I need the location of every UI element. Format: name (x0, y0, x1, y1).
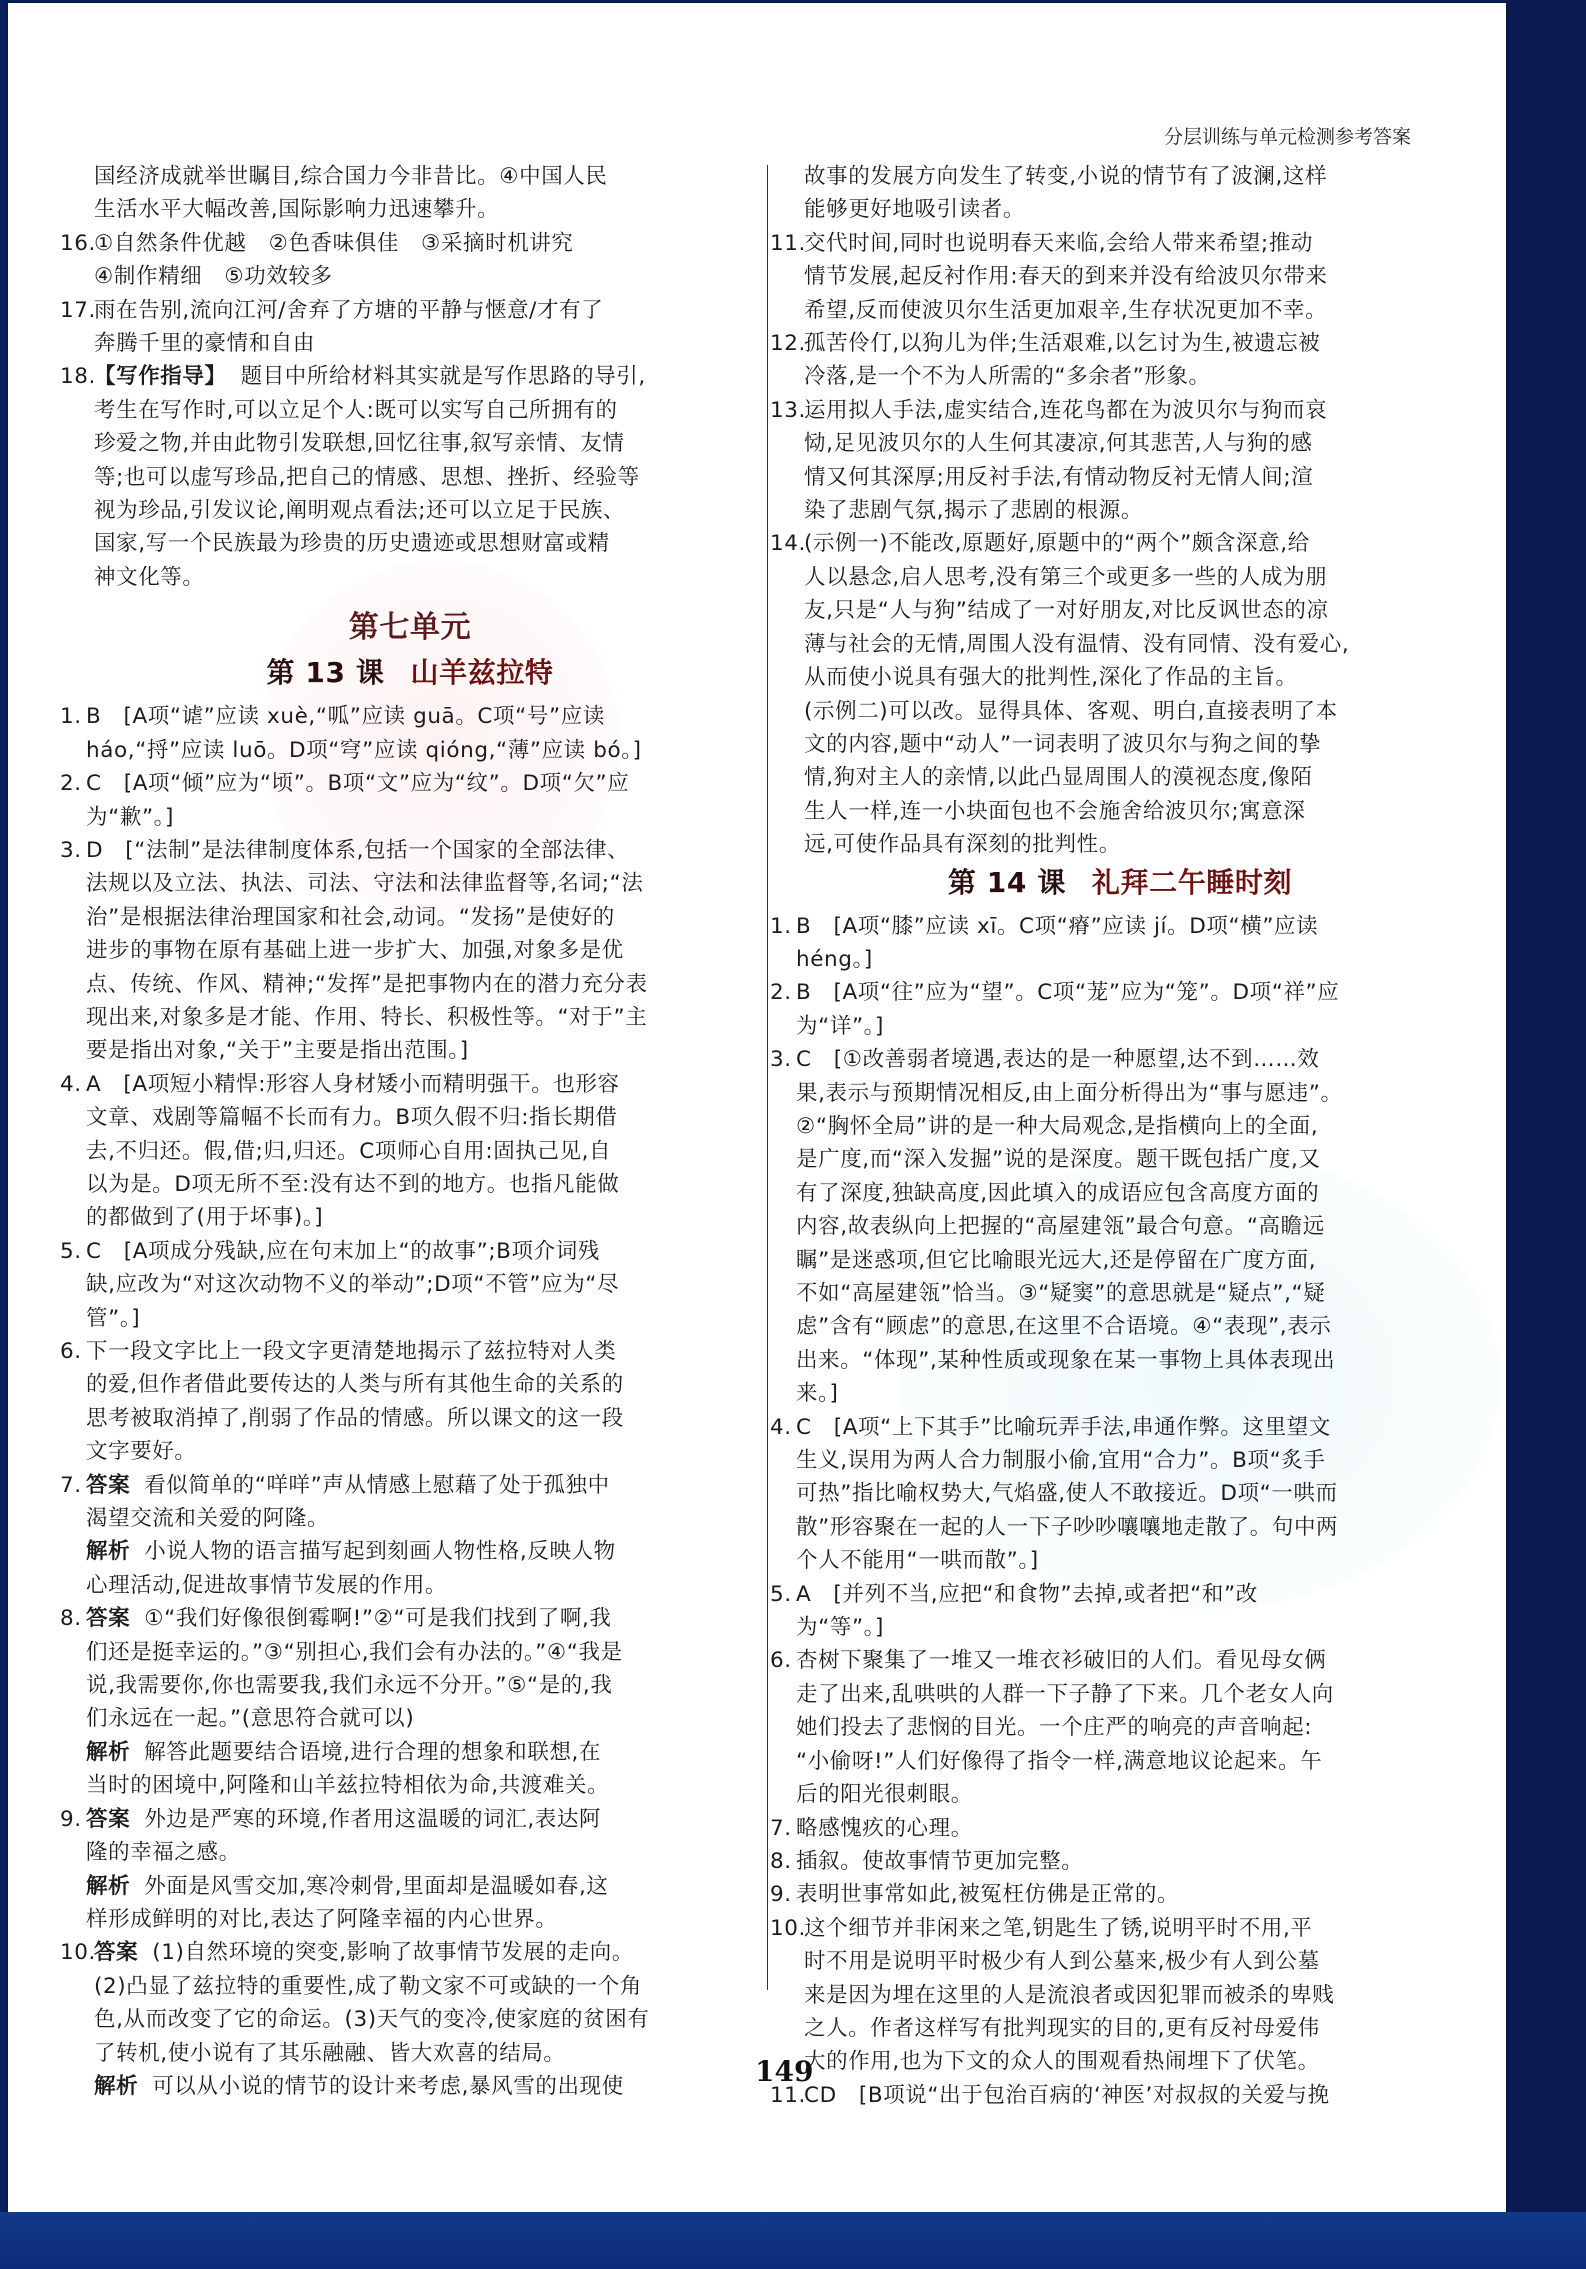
analysis-line: 心理活动,促进故事情节发展的作用。 (60, 1569, 720, 1602)
lesson-13-title: 第 13 课山羊兹拉特 (60, 654, 720, 692)
answer-item: 9.表明世事常如此,被冤枉仿佛是正常的。 (770, 1878, 1430, 1911)
answer-line: 4.C [A项“上下其手”比喻玩弄手法,串通作弊。这里望文 (770, 1411, 1430, 1444)
answer-line: 色,从而改变了它的命运。(3)天气的变冷,使家庭的贫困有 (60, 2003, 720, 2036)
answer-item: 1.B [A项“膝”应读 xī。C项“瘠”应读 jí。D项“横”应读héng。] (770, 910, 1430, 977)
answer-line: 7.略感愧疚的心理。 (770, 1812, 1430, 1845)
answer-line: 果,表示与预期情况相反,由上面分析得出为“事与愿违”。 (770, 1077, 1430, 1110)
answer-line: 情又何其深厚;用反衬手法,有情动物反衬无情人间;渲 (770, 461, 1430, 494)
answer-line: 9.表明世事常如此,被冤枉仿佛是正常的。 (770, 1878, 1430, 1911)
continued-text: 国经济成就举世瞩目,综合国力今非昔比。④中国人民 (60, 160, 720, 193)
analysis-line: 当时的困境中,阿隆和山羊兹拉特相依为命,共渡难关。 (60, 1769, 720, 1802)
answer-item: 3.D [“法制”是法律制度体系,包括一个国家的全部法律、法规以及立法、执法、司… (60, 834, 720, 1068)
answer-line: 为“详”。] (770, 1010, 1430, 1043)
answer-line: 希望,反而使波贝尔生活更加艰辛,生存状况更加不幸。 (770, 294, 1430, 327)
answer-line: 为“歉”。] (60, 801, 720, 834)
continued-text: 生活水平大幅改善,国际影响力迅速攀升。 (60, 193, 720, 226)
answer-line: héng。] (770, 943, 1430, 976)
answer-line: 来。] (770, 1377, 1430, 1410)
analysis-tag: 解析 (94, 2074, 138, 2099)
answer-line: 染了悲剧气氛,揭示了悲剧的根源。 (770, 494, 1430, 527)
answer-line: 友,只是“人与狗”结成了一对好朋友,对比反讽世态的凉 (770, 594, 1430, 627)
answer-line: 7.答案看似简单的“咩咩”声从情感上慰藉了处于孤独中 (60, 1469, 720, 1502)
answer-number: 6. (60, 1335, 82, 1368)
analysis-line: 解析外面是风雪交加,寒冷刺骨,里面却是温暖如春,这 (60, 1870, 720, 1903)
answer-line: 大的作用,也为下文的众人的围观看热闹埋下了伏笔。 (770, 2045, 1430, 2078)
answer-line: 出来。“体现”,某种性质或现象在某一事物上具体表现出 (770, 1344, 1430, 1377)
scan-background-right (1506, 0, 1586, 2269)
lesson-label: 第 13 课 (266, 656, 384, 689)
answer-tag: 答案 (94, 1940, 138, 1965)
answer-line: 现出来,对象多是才能、作用、特长、积极性等。“对于”主 (60, 1001, 720, 1034)
answer-item: 8.答案①“我们好像很倒霉啊!”②“可是我们找到了啊,我们还是挺幸运的。”③“别… (60, 1602, 720, 1802)
answer-line: 之人。作者这样写有批判现实的目的,更有反衬母爱伟 (770, 2012, 1430, 2045)
answer-line: 文章、戏剧等篇幅不长而有力。B项久假不归:指长期借 (60, 1101, 720, 1134)
lesson-name: 礼拜二午睡时刻 (1092, 866, 1292, 899)
answer-number: 3. (60, 834, 82, 867)
answer-number: 2. (770, 976, 792, 1009)
analysis-line: 解析解答此题要结合语境,进行合理的想象和联想,在 (60, 1736, 720, 1769)
answer-line: 缺,应改为“对这次动物不义的举动”;D项“不管”应为“尽 (60, 1268, 720, 1301)
answer-line: 4.A [A项短小精悍:形容人身材矮小而精明强干。也形容 (60, 1068, 720, 1101)
answer-item: 4.C [A项“上下其手”比喻玩弄手法,串通作弊。这里望文生义,误用为两人合力制… (770, 1411, 1430, 1578)
answer-line: 后的阳光很刺眼。 (770, 1778, 1430, 1811)
analysis-tag: 解析 (86, 1874, 130, 1899)
answer-line: 是广度,而“深入发掘”说的是深度。题干既包括广度,又 (770, 1143, 1430, 1176)
answer-line: 隆的幸福之感。 (60, 1836, 720, 1869)
answer-item: 2.B [A项“往”应为“望”。C项“茏”应为“笼”。D项“祥”应为“详”。] (770, 976, 1430, 1043)
answer-number: 2. (60, 767, 82, 800)
answer-line: 12.孤苦伶仃,以狗儿为伴;生活艰难,以乞讨为生,被遗忘被 (770, 327, 1430, 360)
answer-line: 冷落,是一个不为人所需的“多余者”形象。 (770, 360, 1430, 393)
answer-item: 9.答案外边是严寒的环境,作者用这温暖的词汇,表达阿隆的幸福之感。解析外面是风雪… (60, 1803, 720, 1937)
right-column: 故事的发展方向发生了转变,小说的情节有了波澜,这样能够更好地吸引读者。11.交代… (770, 160, 1430, 2112)
answer-line: 2.C [A项“倾”应为“顷”。B项“文”应为“纹”。D项“欠”应 (60, 767, 720, 800)
answer-item: 10.这个细节并非闲来之笔,钥匙生了锈,说明平时不用,平时不用是说明平时极少有人… (770, 1912, 1430, 2079)
answer-line: 3.D [“法制”是法律制度体系,包括一个国家的全部法律、 (60, 834, 720, 867)
answer-line: 5.C [A项成分残缺,应在句末加上“的故事”;B项介词残 (60, 1235, 720, 1268)
analysis-line: 样形成鲜明的对比,表达了阿隆幸福的内心世界。 (60, 1903, 720, 1936)
answer-line: 薄与社会的无情,周围人没有温情、没有同情、没有爱心, (770, 628, 1430, 661)
answer-line: 内容,故表纵向上把握的“高屋建瓴”最合句意。“高瞻远 (770, 1210, 1430, 1243)
answer-line: 点、传统、作风、精神;“发挥”是把事物内在的潜力充分表 (60, 968, 720, 1001)
answer-line: 她们投去了悲悯的目光。一个庄严的响亮的声音响起: (770, 1711, 1430, 1744)
answer-item: 5.A [并列不当,应把“和食物”去掉,或者把“和”改为“等”。] (770, 1578, 1430, 1645)
continued-text: 故事的发展方向发生了转变,小说的情节有了波澜,这样 (770, 160, 1430, 193)
answer-line: 5.A [并列不当,应把“和食物”去掉,或者把“和”改 (770, 1578, 1430, 1611)
answer-line: 情节发展,起反衬作用:春天的到来并没有给波贝尔带来 (770, 260, 1430, 293)
answer-line: 10.这个细节并非闲来之笔,钥匙生了锈,说明平时不用,平 (770, 1912, 1430, 1945)
answer-line: 有了深度,独缺高度,因此填入的成语应包含高度方面的 (770, 1177, 1430, 1210)
answer-item: 1.B [A项“谑”应读 xuè,“呱”应读 guā。C项“号”应读háo,“捋… (60, 700, 720, 767)
answer-line: 法规以及立法、执法、司法、守法和法律监督等,名词;“法 (60, 867, 720, 900)
answer-tag: 答案 (86, 1807, 130, 1832)
answer-line: 9.答案外边是严寒的环境,作者用这温暖的词汇,表达阿 (60, 1803, 720, 1836)
answer-line: 时不用是说明平时极少有人到公墓来,极少有人到公墓 (770, 1945, 1430, 1978)
answer-number: 14. (770, 527, 806, 560)
answer-line: 去,不归还。假,借;归,归还。C项师心自用:固执己见,自 (60, 1135, 720, 1168)
answer-line: 18.【写作指导】题目中所给材料其实就是写作思路的导引, (60, 360, 720, 393)
answer-number: 6. (770, 1644, 792, 1677)
answer-number: 7. (770, 1812, 792, 1845)
answer-line: 管”。] (60, 1302, 720, 1335)
answer-line: 瞩”是迷惑项,但它比喻眼光远大,还是停留在广度方面, (770, 1244, 1430, 1277)
answer-item: 2.C [A项“倾”应为“顷”。B项“文”应为“纹”。D项“欠”应为“歉”。] (60, 767, 720, 834)
answer-line: 了转机,使小说有了其乐融融、皆大欢喜的结局。 (60, 2037, 720, 2070)
answer-number: 10. (60, 1936, 96, 1969)
answer-line: 恸,足见波贝尔的人生何其凄凉,何其悲苦,人与狗的感 (770, 427, 1430, 460)
answer-line: 2.B [A项“往”应为“望”。C项“茏”应为“笼”。D项“祥”应 (770, 976, 1430, 1009)
answer-line: 10.答案(1)自然环境的突变,影响了故事情节发展的走向。 (60, 1936, 720, 1969)
answer-line: 说,我需要你,你也需要我,我们永远不分开。”⑤“是的,我 (60, 1669, 720, 1702)
page-number: 149 (755, 2055, 813, 2088)
answer-line: 走了出来,乱哄哄的人群一下子静了下来。几个老女人向 (770, 1678, 1430, 1711)
answer-line: 个人不能用“一哄而散”。] (770, 1544, 1430, 1577)
answer-line: 8.答案①“我们好像很倒霉啊!”②“可是我们找到了啊,我 (60, 1602, 720, 1635)
answer-line: 文的内容,题中“动人”一词表明了波贝尔与狗之间的挚 (770, 728, 1430, 761)
answer-line: 6.杏树下聚集了一堆又一堆衣衫破旧的人们。看见母女俩 (770, 1644, 1430, 1677)
answer-line: 生人一样,连一小块面包也不会施舍给波贝尔;寓意深 (770, 795, 1430, 828)
answer-line: 要是指出对象,“关于”主要是指出范围。] (60, 1034, 720, 1067)
answer-line: 来是因为埋在这里的人是流浪者或因犯罪而被杀的卑贱 (770, 1979, 1430, 2012)
answer-line: 远,可使作品具有深刻的批判性。 (770, 828, 1430, 861)
answer-line: 情,狗对主人的亲情,以此凸显周围人的漠视态度,像陌 (770, 761, 1430, 794)
answer-number: 1. (770, 910, 792, 943)
answer-number: 16. (60, 227, 96, 260)
answer-number: 9. (770, 1878, 792, 1911)
answer-line: 11.CD [B项说“出于包治百病的‘神医’对叔叔的关爱与挽 (770, 2079, 1430, 2112)
answer-number: 18. (60, 360, 96, 393)
answer-number: 8. (770, 1845, 792, 1878)
answer-number: 7. (60, 1469, 82, 1502)
answer-tag: 答案 (86, 1473, 130, 1498)
answer-line: 的爱,但作者借此要传达的人类与所有其他生命的关系的 (60, 1368, 720, 1401)
answer-line: ②“胸怀全局”讲的是一种大局观念,是指横向上的全面, (770, 1110, 1430, 1143)
continued-text: 能够更好地吸引读者。 (770, 193, 1430, 226)
answer-line: (示例二)可以改。显得具体、客观、明白,直接表明了本 (770, 695, 1430, 728)
answer-item: 16.①自然条件优越 ②色香味俱佳 ③采摘时机讲究④制作精细 ⑤功效较多 (60, 227, 720, 294)
answer-line: 珍爱之物,并由此物引发联想,回忆往事,叙写亲情、友情 (60, 427, 720, 460)
answer-number: 17. (60, 294, 96, 327)
answer-line: 从而使小说具有强大的批判性,深化了作品的主旨。 (770, 661, 1430, 694)
page-header: 分层训练与单元检测参考答案 (1164, 122, 1411, 149)
answer-item: 18.【写作指导】题目中所给材料其实就是写作思路的导引,考生在写作时,可以立足个… (60, 360, 720, 594)
answer-line: 治”是根据法律治理国家和社会,动词。“发扬”是使好的 (60, 901, 720, 934)
analysis-tag: 解析 (86, 1539, 130, 1564)
answer-line: 们还是挺幸运的。”③“别担心,我们会有办法的。”④“我是 (60, 1636, 720, 1669)
answer-item: 6.下一段文字比上一段文字更清楚地揭示了兹拉特对人类的爱,但作者借此要传达的人类… (60, 1335, 720, 1469)
answer-line: 1.B [A项“谑”应读 xuè,“呱”应读 guā。C项“号”应读 (60, 700, 720, 733)
answer-line: 文字要好。 (60, 1435, 720, 1468)
analysis-tag: 解析 (86, 1740, 130, 1765)
answer-line: 可热”指比喻权势大,气焰盛,使人不敢接近。D项“一哄而 (770, 1477, 1430, 1510)
answer-line: 8.插叙。使故事情节更加完整。 (770, 1845, 1430, 1878)
answer-tag: 答案 (86, 1606, 130, 1631)
answer-line: 14.(示例一)不能改,原题好,原题中的“两个”颇含深意,给 (770, 527, 1430, 560)
answer-line: 思考被取消掉了,削弱了作品的情感。所以课文的这一段 (60, 1402, 720, 1435)
answer-item: 3.C [①改善弱者境遇,表达的是一种愿望,达不到……效果,表示与预期情况相反,… (770, 1043, 1430, 1410)
answer-number: 9. (60, 1803, 82, 1836)
answer-item: 17.雨在告别,流向江河/舍弃了方塘的平静与惬意/才有了奔腾千里的豪情和自由 (60, 294, 720, 361)
answer-line: (2)凸显了兹拉特的重要性,成了勒文家不可或缺的一个角 (60, 1970, 720, 2003)
unit-title: 第七单元 (60, 608, 720, 648)
column-divider (767, 165, 768, 1990)
answer-number: 1. (60, 700, 82, 733)
answer-item: 13.运用拟人手法,虚实结合,连花鸟都在为波贝尔与狗而哀恸,足见波贝尔的人生何其… (770, 394, 1430, 528)
answer-line: 不如“高屋建瓴”恰当。③“疑窦”的意思就是“疑点”,“疑 (770, 1277, 1430, 1310)
writing-guide-tag: 【写作指导】 (94, 364, 227, 389)
lesson-label: 第 14 课 (948, 866, 1066, 899)
answer-line: 生义,误用为两人合力制服小偷,宜用“合力”。B项“炙手 (770, 1444, 1430, 1477)
scan-background-bottom (0, 2212, 1586, 2269)
answer-line: 奔腾千里的豪情和自由 (60, 327, 720, 360)
answer-line: ④制作精细 ⑤功效较多 (60, 260, 720, 293)
answer-number: 13. (770, 394, 806, 427)
answer-item: 6.杏树下聚集了一堆又一堆衣衫破旧的人们。看见母女俩走了出来,乱哄哄的人群一下子… (770, 1644, 1430, 1811)
answer-number: 12. (770, 327, 806, 360)
answer-item: 12.孤苦伶仃,以狗儿为伴;生活艰难,以乞讨为生,被遗忘被冷落,是一个不为人所需… (770, 327, 1430, 394)
answer-line: 人以悬念,启人思考,没有第三个或更多一些的人成为朋 (770, 561, 1430, 594)
answer-line: 渴望交流和关爱的阿隆。 (60, 1502, 720, 1535)
answer-item: 11.交代时间,同时也说明春天来临,会给人带来希望;推动情节发展,起反衬作用:春… (770, 227, 1430, 327)
answer-line: 考生在写作时,可以立足个人:既可以实写自己所拥有的 (60, 394, 720, 427)
answer-item: 10.答案(1)自然环境的突变,影响了故事情节发展的走向。(2)凸显了兹拉特的重… (60, 1936, 720, 2103)
left-column: 国经济成就举世瞩目,综合国力今非昔比。④中国人民生活水平大幅改善,国际影响力迅速… (60, 160, 720, 2103)
answer-line: 的都做到了(用于坏事)。] (60, 1201, 720, 1234)
answer-line: 17.雨在告别,流向江河/舍弃了方塘的平静与惬意/才有了 (60, 294, 720, 327)
answer-line: 虑”含有“顾虑”的意思,在这里不合语境。④“表现”,表示 (770, 1310, 1430, 1343)
lesson-name: 山羊兹拉特 (411, 656, 554, 689)
answer-line: 以为是。D项无所不至:没有达不到的地方。也指凡能做 (60, 1168, 720, 1201)
answer-line: “小偷呀!”人们好像得了指令一样,满意地议论起来。午 (770, 1745, 1430, 1778)
answer-line: 散”形容聚在一起的人一下子吵吵嚷嚷地走散了。句中两 (770, 1511, 1430, 1544)
answer-number: 8. (60, 1602, 82, 1635)
answer-number: 5. (60, 1235, 82, 1268)
answer-number: 10. (770, 1912, 806, 1945)
answer-line: 国家,写一个民族最为珍贵的历史遗迹或思想财富或精 (60, 527, 720, 560)
answer-item: 5.C [A项成分残缺,应在句末加上“的故事”;B项介词残缺,应改为“对这次动物… (60, 1235, 720, 1335)
answer-line: 进步的事物在原有基础上进一步扩大、加强,对象多是优 (60, 934, 720, 967)
analysis-line: 解析可以从小说的情节的设计来考虑,暴风雪的出现使 (60, 2070, 720, 2103)
answer-line: háo,“捋”应读 luō。D项“穹”应读 qióng,“薄”应读 bó。] (60, 734, 720, 767)
answer-item: 4.A [A项短小精悍:形容人身材矮小而精明强干。也形容文章、戏剧等篇幅不长而有… (60, 1068, 720, 1235)
answer-line: 视为珍品,引发议论,阐明观点看法;还可以立足于民族、 (60, 494, 720, 527)
answer-line: 16.①自然条件优越 ②色香味俱佳 ③采摘时机讲究 (60, 227, 720, 260)
answer-line: 们永远在一起。”(意思符合就可以) (60, 1702, 720, 1735)
answer-line: 1.B [A项“膝”应读 xī。C项“瘠”应读 jí。D项“横”应读 (770, 910, 1430, 943)
answer-line: 13.运用拟人手法,虚实结合,连花鸟都在为波贝尔与狗而哀 (770, 394, 1430, 427)
answer-line: 6.下一段文字比上一段文字更清楚地揭示了兹拉特对人类 (60, 1335, 720, 1368)
lesson-14-title: 第 14 课礼拜二午睡时刻 (770, 864, 1430, 902)
answer-line: 3.C [①改善弱者境遇,表达的是一种愿望,达不到……效 (770, 1043, 1430, 1076)
analysis-line: 解析小说人物的语言描写起到刻画人物性格,反映人物 (60, 1535, 720, 1568)
answer-number: 11. (770, 227, 806, 260)
answer-number: 4. (770, 1411, 792, 1444)
answer-number: 5. (770, 1578, 792, 1611)
answer-item: 7.略感愧疚的心理。 (770, 1812, 1430, 1845)
answer-line: 等;也可以虚写珍品,把自己的情感、思想、挫折、经验等 (60, 461, 720, 494)
answer-item: 7.答案看似简单的“咩咩”声从情感上慰藉了处于孤独中渴望交流和关爱的阿隆。解析小… (60, 1469, 720, 1603)
answer-number: 4. (60, 1068, 82, 1101)
answer-line: 为“等”。] (770, 1611, 1430, 1644)
answer-line: 神文化等。 (60, 561, 720, 594)
answer-item: 8.插叙。使故事情节更加完整。 (770, 1845, 1430, 1878)
answer-item: 11.CD [B项说“出于包治百病的‘神医’对叔叔的关爱与挽 (770, 2079, 1430, 2112)
answer-number: 3. (770, 1043, 792, 1076)
answer-line: 11.交代时间,同时也说明春天来临,会给人带来希望;推动 (770, 227, 1430, 260)
answer-item: 14.(示例一)不能改,原题好,原题中的“两个”颇含深意,给人以悬念,启人思考,… (770, 527, 1430, 861)
